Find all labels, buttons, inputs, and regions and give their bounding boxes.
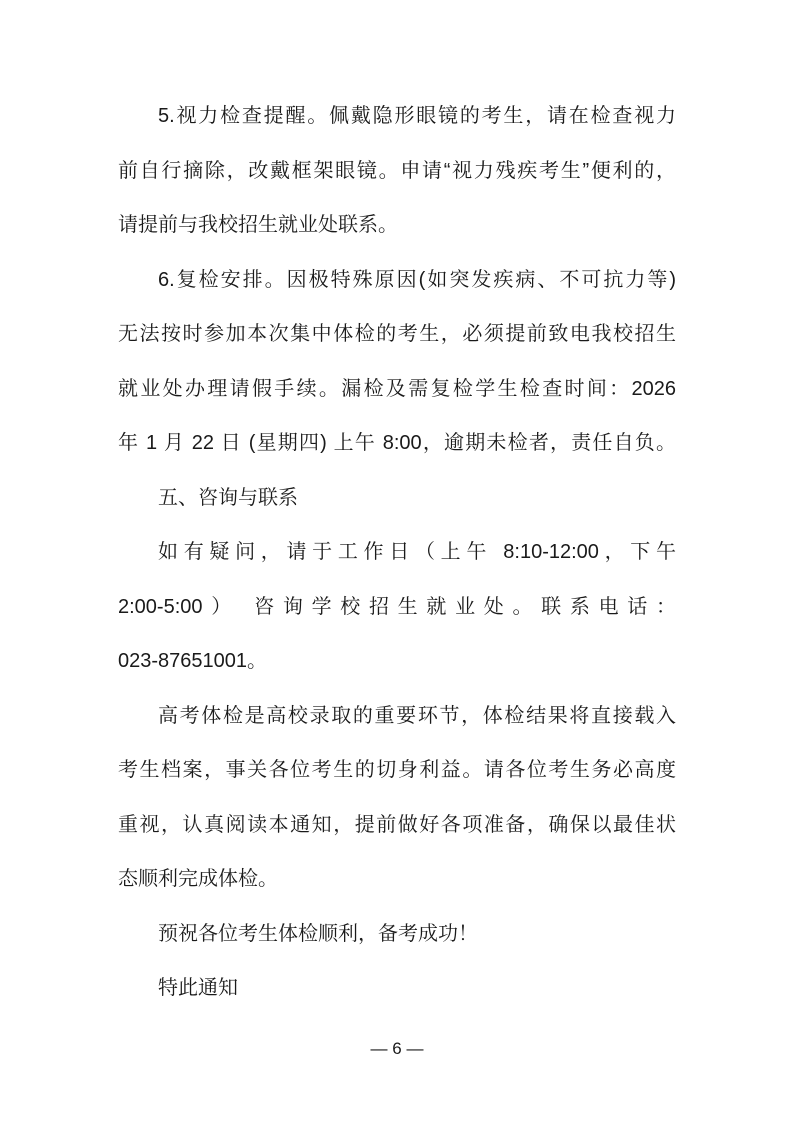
text-line: 预祝各位考生体检顺利，备考成功！ bbox=[118, 907, 676, 962]
paragraph-recheck: 6.复检安排。因极特殊原因(如突发疾病、不可抗力等) 无法按时参加本次集中体检的… bbox=[118, 253, 676, 471]
text-line: 重视，认真阅读本通知，提前做好各项准备，确保以最佳状 bbox=[118, 798, 676, 853]
text-line: 如有疑问，请于工作日（上午 8:10-12:00，下午 bbox=[118, 525, 676, 580]
text-line: 高考体检是高校录取的重要环节，体检结果将直接载入 bbox=[118, 689, 676, 744]
page-number: — 6 — bbox=[0, 1038, 794, 1060]
paragraph-vision-check: 5.视力检查提醒。佩戴隐形眼镜的考生，请在检查视力 前自行摘除，改戴框架眼镜。申… bbox=[118, 89, 676, 253]
text-line: 6.复检安排。因极特殊原因(如突发疾病、不可抗力等) bbox=[118, 253, 676, 308]
text-line: 年 1 月 22 日 (星期四) 上午 8:00，逾期未检者，责任自负。 bbox=[118, 416, 676, 471]
text-line: 023-87651001。 bbox=[118, 634, 676, 689]
section-heading: 五、咨询与联系 bbox=[118, 471, 676, 526]
paragraph-closing: 特此通知 bbox=[118, 961, 676, 1016]
document-page: { "colors": { "background": "#ffffff", "… bbox=[0, 0, 794, 1122]
text-line: 无法按时参加本次集中体检的考生，必须提前致电我校招生 bbox=[118, 307, 676, 362]
text-line: 特此通知 bbox=[118, 961, 676, 1016]
text-line: 前自行摘除，改戴框架眼镜。申请“视力残疾考生”便利的， bbox=[118, 144, 676, 199]
paragraph-contact: 如有疑问，请于工作日（上午 8:10-12:00，下午 2:00-5:00） 咨… bbox=[118, 525, 676, 689]
text-line: 5.视力检查提醒。佩戴隐形眼镜的考生，请在检查视力 bbox=[118, 89, 676, 144]
text-line: 态顺利完成体检。 bbox=[118, 852, 676, 907]
text-line: 考生档案，事关各位考生的切身利益。请各位考生务必高度 bbox=[118, 743, 676, 798]
text-line: 就业处办理请假手续。漏检及需复检学生检查时间：2026 bbox=[118, 362, 676, 417]
text-line: 2:00-5:00） 咨询学校招生就业处。联系电话： bbox=[118, 580, 676, 635]
paragraph-importance: 高考体检是高校录取的重要环节，体检结果将直接载入 考生档案，事关各位考生的切身利… bbox=[118, 689, 676, 907]
paragraph-wish: 预祝各位考生体检顺利，备考成功！ bbox=[118, 907, 676, 962]
document-content: 5.视力检查提醒。佩戴隐形眼镜的考生，请在检查视力 前自行摘除，改戴框架眼镜。申… bbox=[118, 89, 676, 1016]
text-line: 请提前与我校招生就业处联系。 bbox=[118, 198, 676, 253]
